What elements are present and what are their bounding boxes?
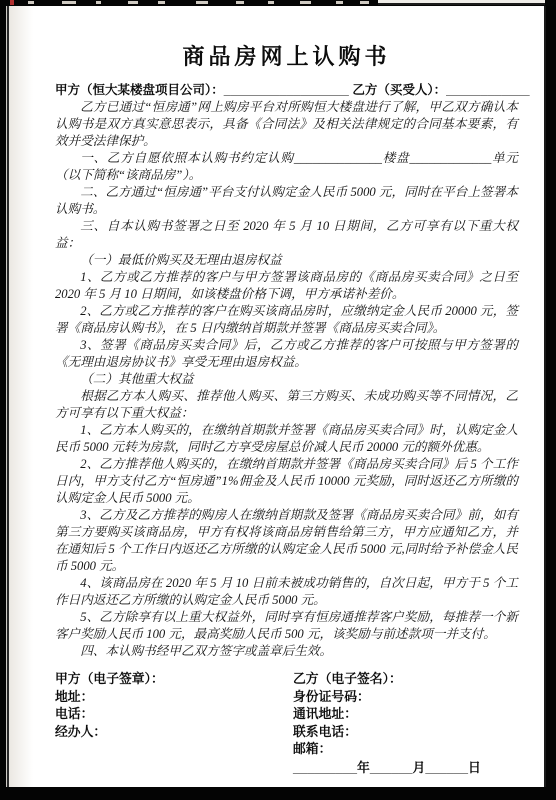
party-a-address-label: 地址：: [55, 688, 293, 706]
party-b-email-label: 邮箱：: [293, 740, 518, 758]
doc-clause-2: 二、乙方通过“恒房通”平台支付认购定金人民币 5000 元，同时在平台上签署本认…: [55, 184, 518, 218]
prev-page-text-fragment: [28, 1, 34, 4]
prev-page-text-fragment: [196, 1, 208, 4]
document-page: 商品房网上认购书 甲方（恒大某楼盘项目公司）：_________________…: [9, 6, 544, 787]
prev-page-text-fragment: [158, 1, 165, 4]
party-b-sign-label: 乙方（电子签名）：: [293, 670, 518, 688]
viewport: 商品房网上认购书 甲方（恒大某楼盘项目公司）：_________________…: [0, 0, 556, 800]
doc-clause-3-1-1: 1、乙方或乙方推荐的客户与甲方签署该商品房的《商品房买卖合同》之日至 2020 …: [55, 269, 518, 303]
doc-clause-3: 三、自本认购书签署之日至 2020 年 5 月 10 日期间，乙方可享有以下重大…: [55, 218, 518, 252]
doc-clause-3-2-3: 3、乙方及乙方推荐的购房人在缴纳首期款及签署《商品房买卖合同》前，如有第三方要购…: [55, 507, 518, 575]
doc-clause-3-1-2: 2、乙方或乙方推荐的客户在购买该商品房时，应缴纳定金人民币 20000 元，签署…: [55, 303, 518, 337]
prev-page-red-seal-fragment: [10, 0, 14, 5]
prev-page-text-fragment: [62, 1, 76, 4]
doc-clause-3-2-5: 5、乙方除享有以上重大权益外，同时享有恒房通推荐客户奖励，每推荐一个新客户奖励人…: [55, 609, 518, 643]
prev-page-text-fragment: [236, 1, 244, 4]
signature-block: 甲方（电子签章）： 地址： 电话： 经办人： 乙方（电子签名）： 身份证号码： …: [55, 670, 518, 777]
doc-clause-3-2-intro: 根据乙方本人购买、推荐他人购买、第三方购买、未成功购买等不同情况，乙方可享有以下…: [55, 388, 518, 422]
doc-clause-3-1-3: 3、签署《商品房买卖合同》后，乙方或乙方推荐的客户可按照与甲方签署的《无理由退房…: [55, 337, 518, 371]
doc-clause-4: 四、本认购书经甲乙双方签字或盖章后生效。: [55, 643, 518, 660]
prev-page-text-fragment: [128, 1, 138, 4]
party-b-mail-address-label: 通讯地址：: [293, 705, 518, 723]
document-title: 商品房网上认购书: [55, 44, 518, 70]
prev-page-text-fragment: [360, 1, 369, 4]
party-a-seal-label: 甲方（电子签章）：: [55, 670, 293, 688]
previous-page-edge: [0, 0, 556, 6]
prev-page-text-fragment: [336, 1, 343, 4]
doc-clause-3-2-1: 1、乙方本人购买的，在缴纳首期款并签署《商品房买卖合同》时，认购定金人民币 50…: [55, 422, 518, 456]
doc-clause-3-2-4: 4、该商品房在 2020 年 5 月 10 日前未被成功销售的，自次日起，甲方于…: [55, 575, 518, 609]
party-b-id-label: 身份证号码：: [293, 688, 518, 706]
doc-clause-3-2-2: 2、乙方推荐他人购买的，在缴纳首期款并签署《商品房买卖合同》后 5 个工作日内，…: [55, 456, 518, 507]
prev-page-text-fragment: [268, 1, 274, 4]
party-a-phone-label: 电话：: [55, 705, 293, 723]
party-b-contact-phone-label: 联系电话：: [293, 723, 518, 741]
doc-clause-1: 一、乙方自愿依照本认购书约定认购______________楼盘________…: [55, 150, 518, 184]
doc-paragraph-intro: 乙方已通过“恒房通”网上购房平台对所购恒大楼盘进行了解，甲乙双方确认本认购书是双…: [55, 99, 518, 150]
party-b-signature-column: 乙方（电子签名）： 身份证号码： 通讯地址： 联系电话： 邮箱： _______…: [293, 670, 518, 777]
date-blank-line: _________年______月______日: [293, 759, 518, 777]
prev-page-text-fragment: [96, 1, 101, 4]
prev-page-paper-edge: [378, 0, 545, 3]
party-line: 甲方（恒大某楼盘项目公司）：__________________ 乙方（买受人）…: [55, 82, 518, 99]
party-a-agent-label: 经办人：: [55, 723, 293, 741]
doc-subheading-1: （一）最低价购买及无理由退房权益: [55, 252, 518, 269]
party-a-signature-column: 甲方（电子签章）： 地址： 电话： 经办人：: [55, 670, 293, 777]
prev-page-text-fragment: [300, 1, 311, 4]
doc-subheading-2: （二）其他重大权益: [55, 371, 518, 388]
